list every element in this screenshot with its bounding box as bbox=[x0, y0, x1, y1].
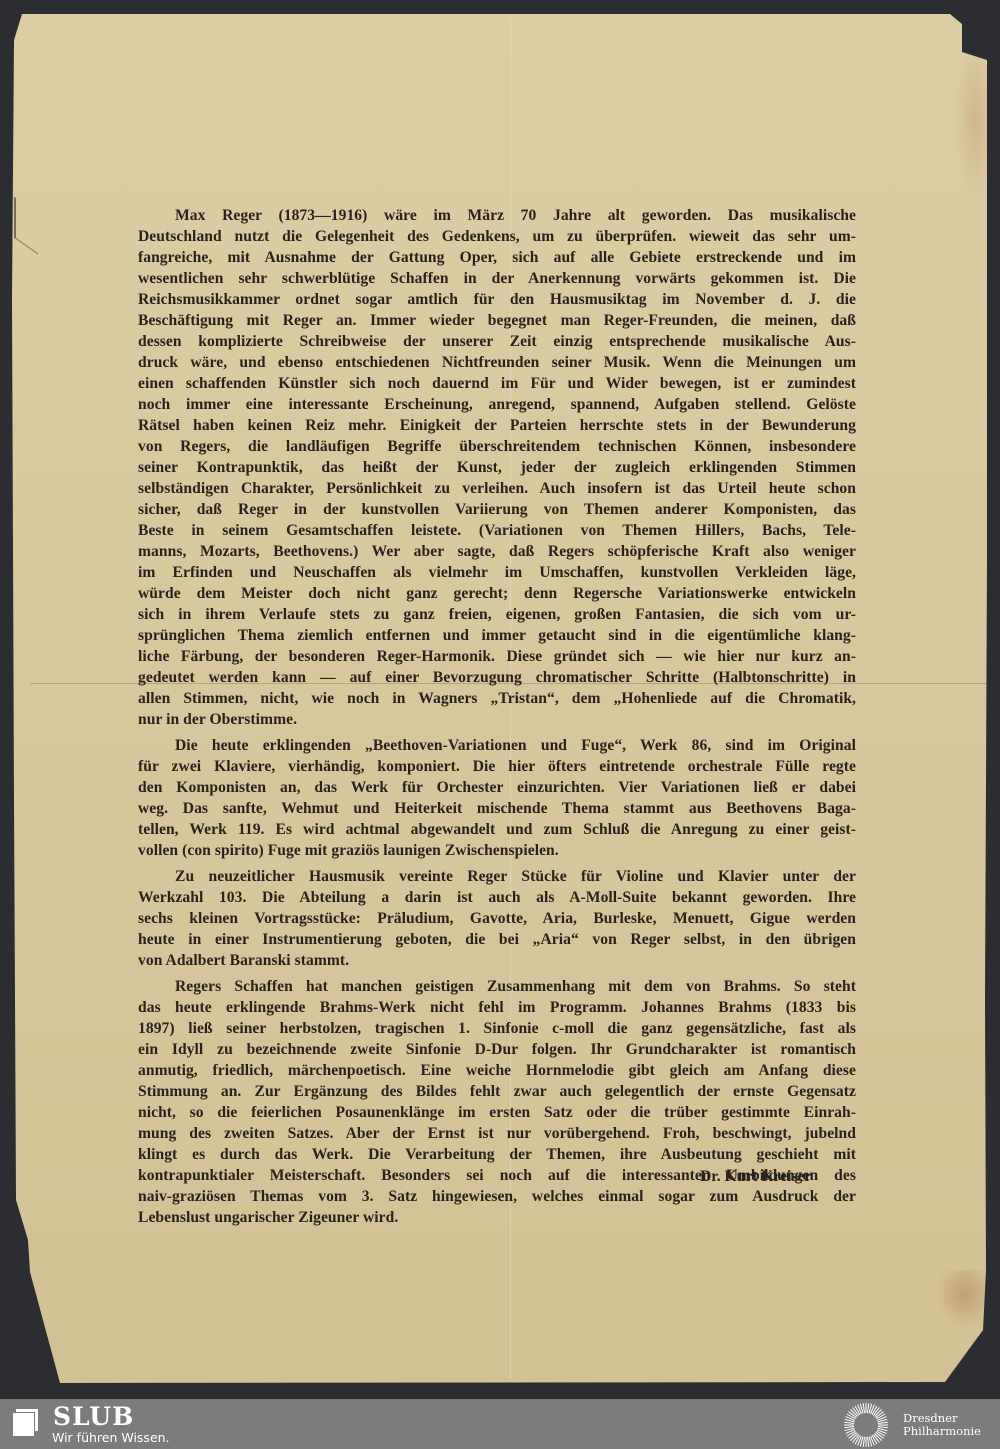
text-line: Zu neuzeitlicher Hausmusik vereinte Rege… bbox=[138, 866, 856, 887]
text-line: wesentlichen sehr schwerblütige Schaffen… bbox=[138, 268, 856, 289]
text-line: Max Reger (1873—1916) wäre im März 70 Ja… bbox=[138, 205, 856, 226]
sunburst-ring-icon bbox=[841, 1400, 891, 1449]
slub-tagline: Wir führen Wissen. bbox=[52, 1430, 170, 1446]
text-line: sich in ihrem Verlaufe stets zu ganz fre… bbox=[138, 604, 856, 625]
article-body: Max Reger (1873—1916) wäre im März 70 Ja… bbox=[138, 205, 856, 1228]
text-line: druck wäre, und ebenso entschiedenen Nic… bbox=[138, 352, 856, 373]
text-line: Beste in seinem Gesamtschaffen leistete.… bbox=[138, 520, 856, 541]
text-line: Regers Schaffen hat manchen geistigen Zu… bbox=[138, 976, 856, 997]
text-line: 1897) ließ seiner herbstolzen, tragische… bbox=[138, 1018, 856, 1039]
paragraph-brahms-symphony: Regers Schaffen hat manchen geistigen Zu… bbox=[138, 976, 856, 1228]
text-line: nicht, so die feierlichen Posaunenklänge… bbox=[138, 1102, 856, 1123]
text-line: von Regers, die landläufigen Begriffe üb… bbox=[138, 436, 856, 457]
author-signature: Dr. Kurt Kreiser bbox=[700, 1168, 811, 1186]
dresdner-philharmonie-wordmark: Dresdner Philharmonie bbox=[903, 1412, 981, 1438]
text-line: tellen, Werk 119. Es wird achtmal abgewa… bbox=[138, 819, 856, 840]
text-line: sicher, daß Reger in der kunstvollen Var… bbox=[138, 499, 856, 520]
text-line: ein Idyll zu bezeichnende zweite Sinfoni… bbox=[138, 1039, 856, 1060]
text-line: Stimmung an. Zur Ergänzung des Bildes fe… bbox=[138, 1081, 856, 1102]
text-line: mung des zweiten Satzes. Aber der Ernst … bbox=[138, 1123, 856, 1144]
footer-bar: SLUB Wir führen Wissen. bbox=[0, 1399, 1000, 1449]
text-line: anmutig, friedlich, märchenpoetisch. Ein… bbox=[138, 1060, 856, 1081]
text-line: Die heute erklingenden „Beethoven-Variat… bbox=[138, 735, 856, 756]
text-line: noch immer eine interessante Erscheinung… bbox=[138, 394, 856, 415]
text-line: Lebenslust ungarischer Zigeuner wird. bbox=[138, 1207, 856, 1228]
water-stain bbox=[935, 1270, 985, 1330]
text-line: Reichsmusikkammer ordnet sogar amtlich f… bbox=[138, 289, 856, 310]
text-line: sprünglichen Thema ziemlich entfernen un… bbox=[138, 625, 856, 646]
text-line: Rätsel haben keinen Reiz mehr. Einigkeit… bbox=[138, 415, 856, 436]
text-line: fangreiche, mit Ausnahme der Gattung Ope… bbox=[138, 247, 856, 268]
text-line: manns, Mozarts, Beethovens.) Wer aber sa… bbox=[138, 541, 856, 562]
text-line: einen schaffenden Künstler sich noch dau… bbox=[138, 373, 856, 394]
text-line: seiner Kontrapunktik, das heißt der Kuns… bbox=[138, 457, 856, 478]
slub-wordmark: SLUB bbox=[53, 1402, 134, 1432]
paragraph-beethoven-variations: Die heute erklingenden „Beethoven-Variat… bbox=[138, 735, 856, 861]
text-line: Werkzahl 103. Die Abteilung a darin ist … bbox=[138, 887, 856, 908]
text-line: weg. Das sanfte, Wehmut und Heiterkeit m… bbox=[138, 798, 856, 819]
text-line: klingt es durch das Werk. Die Verarbeitu… bbox=[138, 1144, 856, 1165]
text-line: allen Stimmen, nicht, wie noch in Wagner… bbox=[138, 688, 856, 709]
text-line: das heute erklingende Brahms-Werk nicht … bbox=[138, 997, 856, 1018]
text-line: würde dem Meister doch nicht ganz gerech… bbox=[138, 583, 856, 604]
text-line: naiv-graziösen Themas vom 3. Satz hingew… bbox=[138, 1186, 856, 1207]
text-line: dessen komplizierte Schreibweise der uns… bbox=[138, 331, 856, 352]
text-line: im Erfinden und Neuschaffen als vielmehr… bbox=[138, 562, 856, 583]
text-line: gedeutet werden kann — auf einer Bevorzu… bbox=[138, 667, 856, 688]
text-line: Deutschland nutzt die Gelegenheit des Ge… bbox=[138, 226, 856, 247]
text-line: Beschäftigung mit Reger an. Immer wieder… bbox=[138, 310, 856, 331]
paragraph-a-moll-suite: Zu neuzeitlicher Hausmusik vereinte Rege… bbox=[138, 866, 856, 971]
text-line: für zwei Klaviere, vierhändig, komponier… bbox=[138, 756, 856, 777]
text-line: nur in der Oberstimme. bbox=[138, 709, 856, 730]
text-line: vollen (con spirito) Fuge mit graziös la… bbox=[138, 840, 856, 861]
edge-tear bbox=[14, 197, 38, 255]
text-line: den Komponisten an, das Werk für Orchest… bbox=[138, 777, 856, 798]
paragraph-reger-intro: Max Reger (1873—1916) wäre im März 70 Ja… bbox=[138, 205, 856, 730]
text-line: heute in einer Instrumentierung geboten,… bbox=[138, 929, 856, 950]
text-line: von Adalbert Baranski stammt. bbox=[138, 950, 856, 971]
wordmark-line-2: Philharmonie bbox=[903, 1425, 981, 1438]
text-line: selbständigen Charakter, Persönlichkeit … bbox=[138, 478, 856, 499]
text-line: sechs kleinen Vortragsstücke: Präludium,… bbox=[138, 908, 856, 929]
book-pages-icon bbox=[13, 1409, 40, 1436]
text-line: liche Färbung, der besonderen Reger-Harm… bbox=[138, 646, 856, 667]
